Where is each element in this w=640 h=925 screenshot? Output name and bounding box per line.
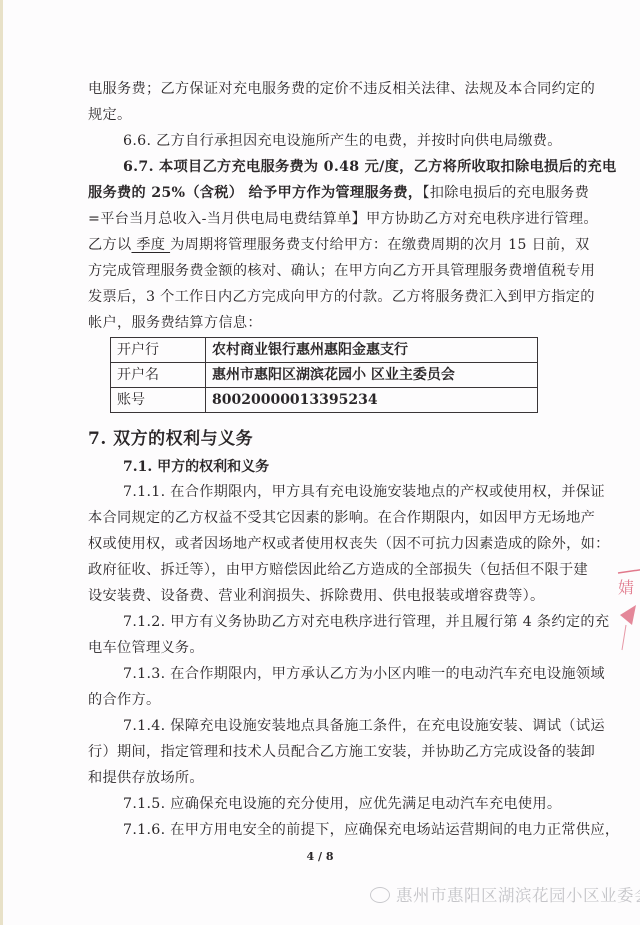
clause-7-1-3: 7.1.3. 在合作期限内，甲方承认乙方为小区内唯一的电动汽车充电设施领域 [123,664,554,684]
table-label: 开户行 [111,338,206,363]
table-row: 开户行 农村商业银行惠州惠阳金惠支行 [111,338,538,363]
watermark: 惠州市惠阳区湖滨花园小区业委会 [370,882,640,906]
text-line: 服务费的 25%（含税） 给予甲方作为管理服务费，【扣除电损后的充电服务费 [88,183,554,203]
svg-text:婧: 婧 [618,578,634,597]
text-line: 发票后，3 个工作日内乙方完成向甲方的付款。乙方将服务费汇入到甲方指定的 [88,287,554,307]
text-line: 行）期间，指定管理和技术人员配合乙方施工安装，并协助乙方完成设备的装卸 [88,742,554,762]
section-heading: 7. 双方的权利与义务 [88,424,253,449]
text-line: 电车位管理义务。 [88,638,554,658]
page-number: 4 / 8 [0,850,640,863]
clause-7-1-5: 7.1.5. 应确保充电设施的充分使用，应优先满足电动汽车充电使用。 [123,794,554,814]
payment-period-field: 季度 [131,237,170,253]
text-line: 帐户，服务费结算方信息： [88,313,554,333]
account-info-table: 开户行 农村商业银行惠州惠阳金惠支行 开户名 惠州市惠阳区湖滨花园小 区业主委员… [110,337,538,413]
table-value: 80020000013395234 [206,388,538,413]
text-line: 电服务费；乙方保证对充电服务费的定价不违反相关法律、法规及本合同约定的 [88,79,554,99]
clause-7-1-4: 7.1.4. 保障充电设施安装地点具备施工条件，在充电设施安装、调试（试运 [123,716,554,736]
text-line: =平台当月总收入-当月供电局电费结算单】甲方协助乙方对充电秩序进行管理。 [88,209,554,229]
text-line: 设安装费、设备费、营业利润损失、拆除费用、供电报装或增容费等）。 [88,586,554,606]
text-span: 为周期将管理服务费支付给甲方：在缴费周期的次月 15 日前，双 [170,237,589,253]
text-line: 权或使用权，或者因场地产权或者使用权丧失（因不可抗力因素造成的除外，如： [88,534,554,554]
wechat-icon [370,887,390,903]
seal-stamp-icon: 婧 [616,565,640,665]
table-label: 开户名 [111,363,206,388]
text-line: 本合同规定的乙方权益不受其它因素的影响。在合作期限内，如因甲方无场地产 [88,508,554,528]
text-line: 和提供存放场所。 [88,768,554,788]
text-line: 政府征收、拆迁等），由甲方赔偿因此给乙方造成的全部损失（包括但不限于建 [88,560,554,580]
table-value: 农村商业银行惠州惠阳金惠支行 [206,338,538,363]
table-row: 开户名 惠州市惠阳区湖滨花园小 区业主委员会 [111,363,538,388]
subsection-heading: 7.1. 甲方的权利和义务 [123,456,269,476]
watermark-text: 惠州市惠阳区湖滨花园小区业委会 [396,886,640,905]
table-value: 惠州市惠阳区湖滨花园小 区业主委员会 [206,363,538,388]
text-line: 方完成管理服务费金额的核对、确认；在甲方向乙方开具管理服务费增值税专用 [88,261,554,281]
clause-6-6: 6.6. 乙方自行承担因充电设施所产生的电费，并按时向供电局缴费。 [123,131,554,151]
clause-7-1-2: 7.1.2. 甲方有义务协助乙方对充电秩序进行管理，并且履行第 4 条约定的充 [123,612,554,632]
table-row: 账号 80020000013395234 [111,388,538,413]
clause-7-1-6: 7.1.6. 在甲方用电安全的前提下，应确保充电场站运营期间的电力正常供应， [123,820,554,840]
page-edge [0,0,3,925]
text-line: 规定。 [88,105,554,125]
text-line: 乙方以 季度 为周期将管理服务费支付给甲方：在缴费周期的次月 15 日前，双 [88,235,554,255]
text-line: 的合作方。 [88,690,554,710]
document-page: 电服务费；乙方保证对充电服务费的定价不违反相关法律、法规及本合同约定的 规定。 … [0,0,640,925]
bold-text: 服务费的 25%（含税） 给予甲方作为管理服务费， [88,185,422,201]
table-label: 账号 [111,388,206,413]
clause-6-7: 6.7. 本项目乙方充电服务费为 0.48 元/度，乙方将所收取扣除电损后的充电 [123,157,554,177]
text-span: 【扣除电损后的充电服务费 [422,185,589,201]
clause-7-1-1: 7.1.1. 在合作期限内，甲方具有充电设施安装地点的产权或使用权，并保证 [123,482,554,502]
text-span: 乙方以 [88,237,131,253]
